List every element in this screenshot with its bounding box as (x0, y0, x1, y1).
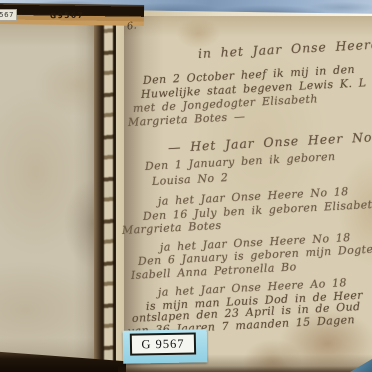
catalog-label-card: G 9567 (123, 329, 208, 363)
page-number: 6. (126, 20, 137, 32)
edge-sticker-partial: 567 (0, 9, 17, 21)
catalog-label: G 9567 (130, 332, 196, 355)
left-page-blank (0, 16, 102, 362)
photo-of-open-register: G9567 567 6. in het Jaar Onse Heere 1803… (0, 0, 372, 372)
bottom-edge-shadow (118, 366, 372, 372)
handwritten-shelfmark: G9567 (50, 11, 84, 21)
